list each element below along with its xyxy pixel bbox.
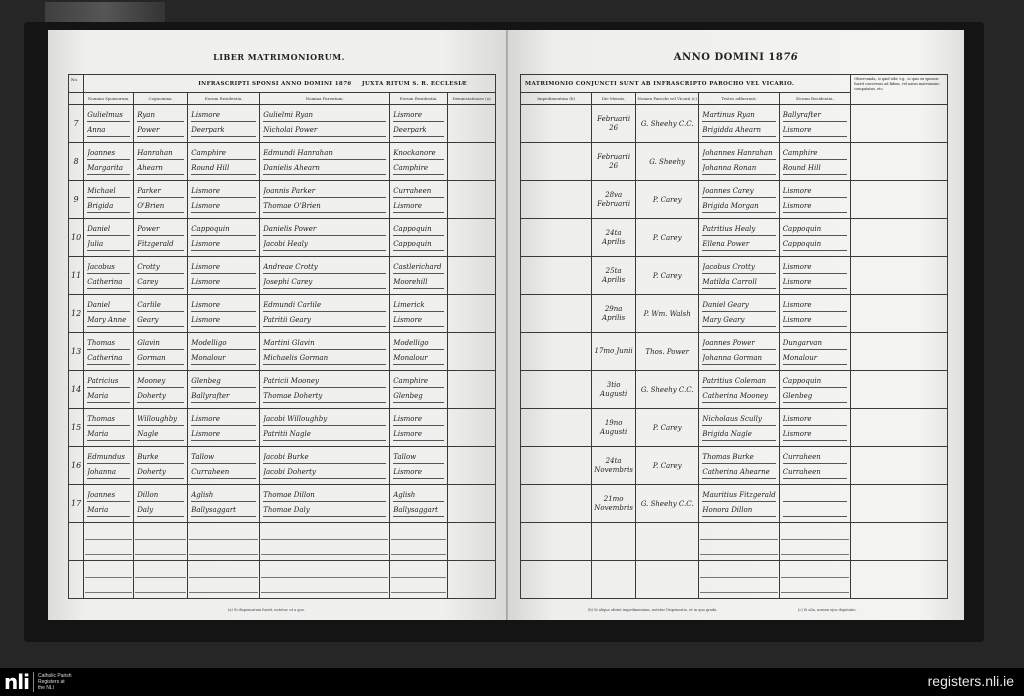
entry-number: 8 — [69, 143, 84, 181]
priest-name: P. Carey — [636, 447, 699, 485]
spouse-forenames: JoannesMargarita — [84, 143, 134, 181]
col-cognomina: Cognomina. — [134, 93, 188, 105]
marriage-date: 19no Augusti — [592, 409, 636, 447]
entry-number: 9 — [69, 181, 84, 219]
impedimentum-cell — [521, 219, 592, 257]
left-page-title: LIBER MATRIMONIORUM. — [48, 52, 510, 62]
marriage-entry-row: 17JoannesMariaDillonDalyAglishBallysagga… — [69, 485, 496, 523]
witness-residences: BallyrafterLismore — [779, 105, 851, 143]
parent-names: Martini GlavinMichaelis Gorman — [260, 333, 390, 371]
marriage-entry-row: 8JoannesMargaritaHanrahanAhearnCamphireR… — [69, 143, 496, 181]
parent-residences: LismoreDeerpark — [390, 105, 448, 143]
spouse-surnames: GlavinGorman — [134, 333, 188, 371]
observations-cell — [851, 295, 948, 333]
witnesses: Patritius ColemanCatherina Mooney — [699, 371, 779, 409]
marriage-entry-row: 13ThomasCatherinaGlavinGormanModelligoMo… — [69, 333, 496, 371]
impedimentum-cell — [521, 333, 592, 371]
observations-cell — [851, 371, 948, 409]
marriage-entry-row: 9MichaelBrigidaParkerO'BrienLismoreLismo… — [69, 181, 496, 219]
spouse-residences: CamphireRound Hill — [188, 143, 260, 181]
denunciationes-cell — [448, 447, 496, 485]
right-band-heading: MATRIMONIO CONJUNCTI SUNT AB INFRASCRIPT… — [521, 75, 851, 93]
spouse-surnames: DillonDaly — [134, 485, 188, 523]
scan-edge — [45, 2, 165, 24]
denunciationes-cell — [448, 143, 496, 181]
marriage-entry-row: 12DanielMary AnneCarlileGearyLismoreLism… — [69, 295, 496, 333]
logo-divider — [33, 672, 34, 692]
col-parent-residentia: Eorum Residentia. — [390, 93, 448, 105]
spouse-forenames: GulielmusAnna — [84, 105, 134, 143]
right-page: ANNO DOMINI 1876 MATRIMONIO CONJUNCTI SU… — [508, 30, 964, 620]
parent-residences: CamphireGlenbeg — [390, 371, 448, 409]
observations-cell — [851, 181, 948, 219]
impedimentum-cell — [521, 447, 592, 485]
marriage-entry-row: 16EdmundusJohannaBurkeDohertyTallowCurra… — [69, 447, 496, 485]
observations-cell — [851, 447, 948, 485]
marriage-detail-row: Februarii 26G. Sheehy C.C.Martinus RyanB… — [521, 105, 948, 143]
priest-name: P. Carey — [636, 219, 699, 257]
observations-cell — [851, 409, 948, 447]
observations-cell — [851, 143, 948, 181]
spouse-forenames: EdmundusJohanna — [84, 447, 134, 485]
witnesses: Nicholaus ScullyBrigida Nagle — [699, 409, 779, 447]
entry-number: 10 — [69, 219, 84, 257]
spouse-surnames: RyanPower — [134, 105, 188, 143]
denunciationes-cell — [448, 295, 496, 333]
spouse-forenames: ThomasMaria — [84, 409, 134, 447]
spouse-surnames: CrottyCarey — [134, 257, 188, 295]
denunciationes-cell — [448, 181, 496, 219]
entry-number: 16 — [69, 447, 84, 485]
denunciationes-cell — [448, 257, 496, 295]
spouse-residences: LismoreLismore — [188, 295, 260, 333]
witnesses: Joannes CareyBrigida Morgan — [699, 181, 779, 219]
spouse-residences: LismoreLismore — [188, 409, 260, 447]
blank-detail-row — [521, 523, 948, 561]
spouse-residences: ModelligoMonalour — [188, 333, 260, 371]
marriage-date: Februarii 26 — [592, 105, 636, 143]
blank-entry-row — [69, 523, 496, 561]
entry-number: 11 — [69, 257, 84, 295]
parent-residences: LismoreLismore — [390, 409, 448, 447]
denunciationes-cell — [448, 105, 496, 143]
priest-name: G. Sheehy C.C. — [636, 105, 699, 143]
spouse-forenames: DanielJulia — [84, 219, 134, 257]
col-impedimentum: Impedimentum (b) — [521, 93, 592, 105]
witnesses: Mauritius FitzgeraldHonora Dillon — [699, 485, 779, 523]
col-nomina-sponsorum: Nomina Sponsorum. — [84, 93, 134, 105]
spouse-residences: AglishBallysaggart — [188, 485, 260, 523]
parent-residences: CappoquinCappoquin — [390, 219, 448, 257]
spouse-surnames: HanrahanAhearn — [134, 143, 188, 181]
priest-name: G. Sheehy C.C. — [636, 371, 699, 409]
marriage-entry-row: 15ThomasMariaWilloughbyNagleLismoreLismo… — [69, 409, 496, 447]
priest-name: Thos. Power — [636, 333, 699, 371]
parent-names: Gulielmi RyanNicholai Power — [260, 105, 390, 143]
spouse-forenames: JacobusCatherina — [84, 257, 134, 295]
witnesses: Thomas BurkeCatherina Ahearne — [699, 447, 779, 485]
witness-residences: LismoreLismore — [779, 181, 851, 219]
entry-number: 15 — [69, 409, 84, 447]
impedimentum-cell — [521, 409, 592, 447]
marriage-detail-row: 24ta NovembrisP. CareyThomas BurkeCather… — [521, 447, 948, 485]
marriage-entry-row: 7GulielmusAnnaRyanPowerLismoreDeerparkGu… — [69, 105, 496, 143]
denunciationes-cell — [448, 409, 496, 447]
denunciationes-cell — [448, 333, 496, 371]
witnesses: Jacobus CrottyMatilda Carroll — [699, 257, 779, 295]
impedimentum-cell — [521, 181, 592, 219]
spouse-surnames: BurkeDoherty — [134, 447, 188, 485]
entry-number: 7 — [69, 105, 84, 143]
parent-names: Thomae DillonThomae Daly — [260, 485, 390, 523]
marriage-detail-row: Februarii 26G. SheehyJohannes HanrahanJo… — [521, 143, 948, 181]
marriage-entry-row: 14PatriciusMariaMooneyDohertyGlenbegBall… — [69, 371, 496, 409]
parent-residences: ModelligoMonalour — [390, 333, 448, 371]
marriage-date: 24ta Aprilis — [592, 219, 636, 257]
parent-residences: LimerickLismore — [390, 295, 448, 333]
col-denunciationes: Denunciationes (a) — [448, 93, 496, 105]
marriage-detail-row: 28va FebruariiP. CareyJoannes CareyBrigi… — [521, 181, 948, 219]
witness-residences: LismoreLismore — [779, 295, 851, 333]
impedimentum-cell — [521, 485, 592, 523]
marriage-date: 29na Aprilis — [592, 295, 636, 333]
image-viewer[interactable]: LIBER MATRIMONIORUM. No. INFRASCRIPTI SP… — [0, 0, 1024, 668]
spouse-surnames: WilloughbyNagle — [134, 409, 188, 447]
spouse-forenames: PatriciusMaria — [84, 371, 134, 409]
parent-residences: TallowLismore — [390, 447, 448, 485]
register-book: LIBER MATRIMONIORUM. No. INFRASCRIPTI SP… — [24, 22, 984, 642]
marriage-entry-row: 11JacobusCatherinaCrottyCareyLismoreLism… — [69, 257, 496, 295]
blank-detail-row — [521, 561, 948, 599]
left-footnote: (a) Si dispensatum fuerit, notetur, ut a… — [228, 608, 305, 612]
observations-cell — [851, 485, 948, 523]
impedimentum-cell — [521, 371, 592, 409]
right-page-title: ANNO DOMINI 1876 — [508, 52, 964, 63]
priest-name: G. Sheehy C.C. — [636, 485, 699, 523]
witness-residences — [779, 485, 851, 523]
spouse-surnames: PowerFitzgerald — [134, 219, 188, 257]
spouse-forenames: ThomasCatherina — [84, 333, 134, 371]
spouse-residences: TallowCurraheen — [188, 447, 260, 485]
witness-residences: DungarvanMonalour — [779, 333, 851, 371]
witnesses: Patritius HealyEllena Power — [699, 219, 779, 257]
spouse-residences: CappoquinLismore — [188, 219, 260, 257]
no-label: No. — [69, 75, 84, 93]
parent-names: Jacobi BurkeJacobi Doherty — [260, 447, 390, 485]
spouse-forenames: DanielMary Anne — [84, 295, 134, 333]
marriage-detail-row: 3tio AugustiG. Sheehy C.C.Patritius Cole… — [521, 371, 948, 409]
witness-residences: CappoquinCappoquin — [779, 219, 851, 257]
witness-residences: LismoreLismore — [779, 409, 851, 447]
left-register-table: No. INFRASCRIPTI SPONSI ANNO DOMINI 1876… — [68, 74, 496, 599]
right-footnote-left: (b) Si aliqua obstet impedimentum, notet… — [588, 608, 718, 612]
col-die-mensis: Die Mensis. — [592, 93, 636, 105]
observations-cell — [851, 333, 948, 371]
right-footnote-right: (c) Si alia, nomen ejus deputatio. — [798, 608, 857, 612]
marriage-date: 3tio Augusti — [592, 371, 636, 409]
left-band-heading: INFRASCRIPTI SPONSI ANNO DOMINI 1876 JUX… — [84, 75, 496, 93]
col-blank — [69, 93, 84, 105]
denunciationes-cell — [448, 371, 496, 409]
witness-residences: LismoreLismore — [779, 257, 851, 295]
denunciationes-cell — [448, 485, 496, 523]
impedimentum-cell — [521, 143, 592, 181]
spouse-surnames: ParkerO'Brien — [134, 181, 188, 219]
entry-number: 17 — [69, 485, 84, 523]
parent-names: Joannis ParkerThomae O'Brien — [260, 181, 390, 219]
registers-site-link[interactable]: registers.nli.ie — [928, 673, 1014, 689]
priest-name: P. Carey — [636, 257, 699, 295]
marriage-detail-row: 29na AprilisP. Wm. WalshDaniel GearyMary… — [521, 295, 948, 333]
nli-logo-mark: nli — [4, 672, 29, 692]
parent-residences: CurraheenLismore — [390, 181, 448, 219]
priest-name: P. Wm. Walsh — [636, 295, 699, 333]
spouse-surnames: MooneyDoherty — [134, 371, 188, 409]
observations-cell — [851, 219, 948, 257]
entry-number: 12 — [69, 295, 84, 333]
priest-name: P. Carey — [636, 409, 699, 447]
footer-bar: nli Catholic Parish Registers at the NLI… — [0, 668, 1024, 696]
spouse-residences: LismoreLismore — [188, 257, 260, 295]
witness-residences: CurraheenCurraheen — [779, 447, 851, 485]
impedimentum-cell — [521, 257, 592, 295]
impedimentum-cell — [521, 295, 592, 333]
marriage-detail-row: 25ta AprilisP. CareyJacobus CrottyMatild… — [521, 257, 948, 295]
priest-name: P. Carey — [636, 181, 699, 219]
col-testes-residentia: Eorum Residentia. — [779, 93, 851, 105]
spouse-surnames: CarlileGeary — [134, 295, 188, 333]
entry-number: 14 — [69, 371, 84, 409]
spouse-residences: LismoreDeerpark — [188, 105, 260, 143]
marriage-entry-row: 10DanielJuliaPowerFitzgeraldCappoquinLis… — [69, 219, 496, 257]
witnesses: Johannes HanrahanJohanna Ronan — [699, 143, 779, 181]
entry-number: 13 — [69, 333, 84, 371]
col-parochi: Nomen Parochi vel Vicarii (c) — [636, 93, 699, 105]
parent-names: Jacobi WilloughbyPatritii Nagle — [260, 409, 390, 447]
parent-residences: KnockanoreCamphire — [390, 143, 448, 181]
left-page: LIBER MATRIMONIORUM. No. INFRASCRIPTI SP… — [48, 30, 510, 620]
witnesses: Joannes PowerJohanna Gorman — [699, 333, 779, 371]
observations-cell — [851, 257, 948, 295]
marriage-detail-row: 24ta AprilisP. CareyPatritius HealyEllen… — [521, 219, 948, 257]
impedimentum-cell — [521, 105, 592, 143]
witnesses: Daniel GearyMary Geary — [699, 295, 779, 333]
denunciationes-cell — [448, 219, 496, 257]
spouse-residences: LismoreLismore — [188, 181, 260, 219]
parent-residences: AglishBallysaggart — [390, 485, 448, 523]
parent-names: Patricii MooneyThomae Doherty — [260, 371, 390, 409]
marriage-date: 24ta Novembris — [592, 447, 636, 485]
marriage-date: 17mo Junii — [592, 333, 636, 371]
observations-header: Observanda, si quid sibi: v.g., si quis … — [851, 75, 948, 105]
observations-cell — [851, 105, 948, 143]
parent-names: Edmundi CarlilePatritii Geary — [260, 295, 390, 333]
spouse-residences: GlenbegBallyrafter — [188, 371, 260, 409]
parent-names: Edmundi HanrahanDanielis Ahearn — [260, 143, 390, 181]
marriage-detail-row: 17mo JuniiThos. PowerJoannes PowerJohann… — [521, 333, 948, 371]
marriage-date: 28va Februarii — [592, 181, 636, 219]
witness-residences: CamphireRound Hill — [779, 143, 851, 181]
spouse-forenames: MichaelBrigida — [84, 181, 134, 219]
priest-name: G. Sheehy — [636, 143, 699, 181]
witness-residences: CappoquinGlenbeg — [779, 371, 851, 409]
col-nomina-parentum: Nomina Parentum. — [260, 93, 390, 105]
nli-logo[interactable]: nli Catholic Parish Registers at the NLI — [4, 672, 72, 692]
witnesses: Martinus RyanBrigidda Ahearn — [699, 105, 779, 143]
right-register-table: MATRIMONIO CONJUNCTI SUNT AB INFRASCRIPT… — [520, 74, 948, 599]
parent-residences: CastlerichardMoorehill — [390, 257, 448, 295]
marriage-date: Februarii 26 — [592, 143, 636, 181]
logo-text: Catholic Parish Registers at the NLI — [38, 673, 72, 691]
marriage-date: 21mo Novembris — [592, 485, 636, 523]
spouse-forenames: JoannesMaria — [84, 485, 134, 523]
parent-names: Danielis PowerJacobi Healy — [260, 219, 390, 257]
marriage-detail-row: 21mo NovembrisG. Sheehy C.C.Mauritius Fi… — [521, 485, 948, 523]
blank-entry-row — [69, 561, 496, 599]
col-residentia: Eorum Residentia. — [188, 93, 260, 105]
parent-names: Andreae CrottyJosephi Carey — [260, 257, 390, 295]
marriage-date: 25ta Aprilis — [592, 257, 636, 295]
marriage-detail-row: 19no AugustiP. CareyNicholaus ScullyBrig… — [521, 409, 948, 447]
col-testes: Testes adfuerunt. — [699, 93, 779, 105]
